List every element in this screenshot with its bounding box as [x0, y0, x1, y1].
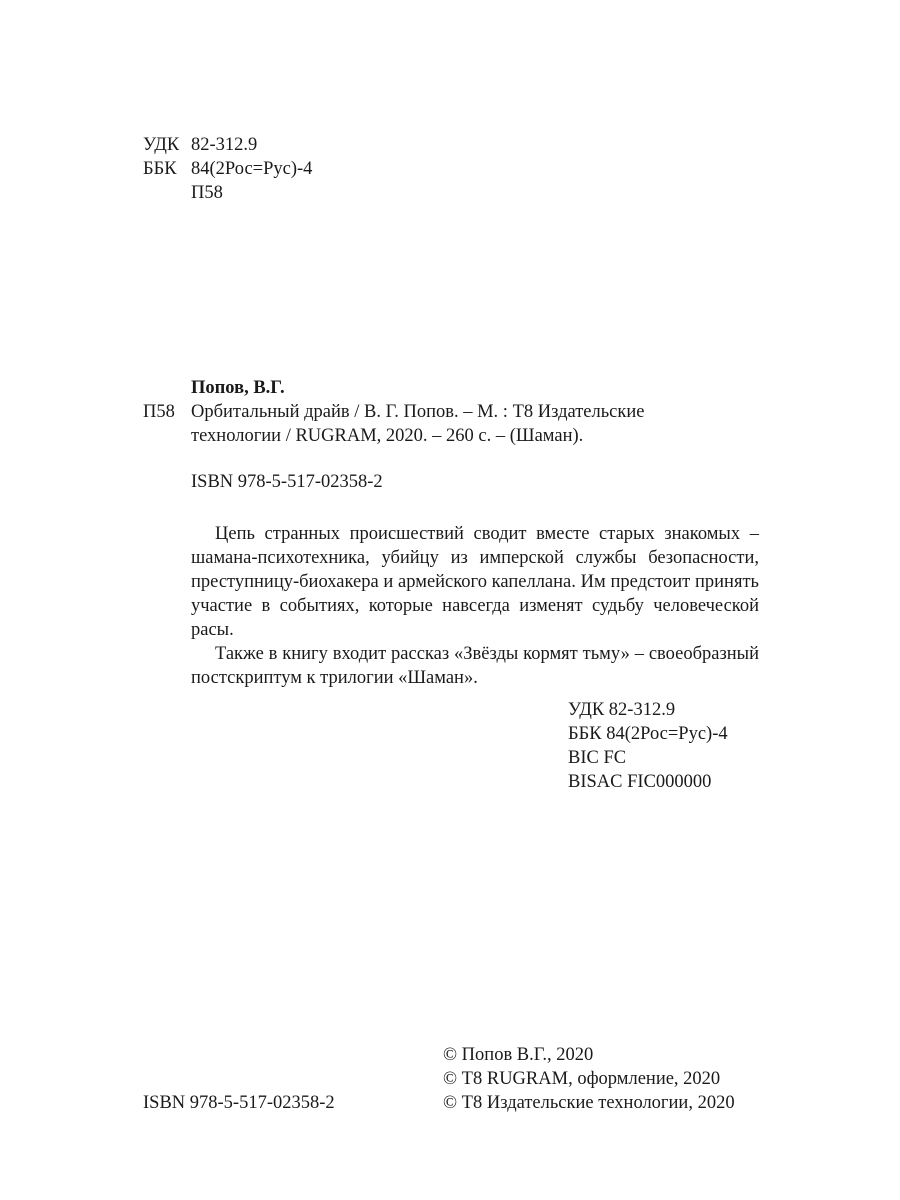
bbk-label: ББК: [143, 157, 191, 181]
bbk-code: ББК 84(2Рос=Рус)-4: [568, 722, 728, 746]
catalog-author: Попов, В.Г.: [191, 376, 285, 400]
bic-code: BIC FC: [568, 746, 728, 770]
bbk-value: 84(2Рос=Рус)-4: [191, 159, 312, 179]
copyright-line: © Т8 RUGRAM, оформление, 2020: [443, 1067, 735, 1091]
copyright-line: © Попов В.Г., 2020: [443, 1043, 735, 1067]
annotation-paragraph: Цепь странных происшествий сводит вместе…: [191, 522, 759, 642]
udk-code: УДК 82-312.9: [568, 698, 728, 722]
udk-row: УДК82-312.9: [143, 133, 312, 157]
right-classification-block: УДК 82-312.9 ББК 84(2Рос=Рус)-4 BIC FC B…: [568, 698, 728, 794]
bisac-code: BISAC FIC000000: [568, 770, 728, 794]
udk-value: 82-312.9: [191, 135, 257, 155]
bbk-row: ББК84(2Рос=Рус)-4: [143, 157, 312, 181]
copyright-block: © Попов В.Г., 2020 © Т8 RUGRAM, оформлен…: [443, 1043, 735, 1115]
author-mark: П58: [143, 181, 312, 205]
udk-label: УДК: [143, 133, 191, 157]
catalog-description: Орбитальный драйв / В. Г. Попов. – М. : …: [191, 400, 759, 448]
catalog-description-line: Орбитальный драйв / В. Г. Попов. – М. : …: [191, 400, 759, 424]
copyright-line: © Т8 Издательские технологии, 2020: [443, 1091, 735, 1115]
catalog-author-mark: П58: [143, 400, 175, 424]
footer-isbn: ISBN 978-5-517-02358-2: [143, 1091, 335, 1115]
catalog-isbn: ISBN 978-5-517-02358-2: [191, 470, 383, 494]
annotation-paragraph: Также в книгу входит рассказ «Звёзды кор…: [191, 642, 759, 690]
annotation: Цепь странных происшествий сводит вместе…: [191, 522, 759, 690]
top-classification-block: УДК82-312.9 ББК84(2Рос=Рус)-4 П58: [143, 133, 312, 205]
catalog-description-line: технологии / RUGRAM, 2020. – 260 с. – (Ш…: [191, 424, 759, 448]
